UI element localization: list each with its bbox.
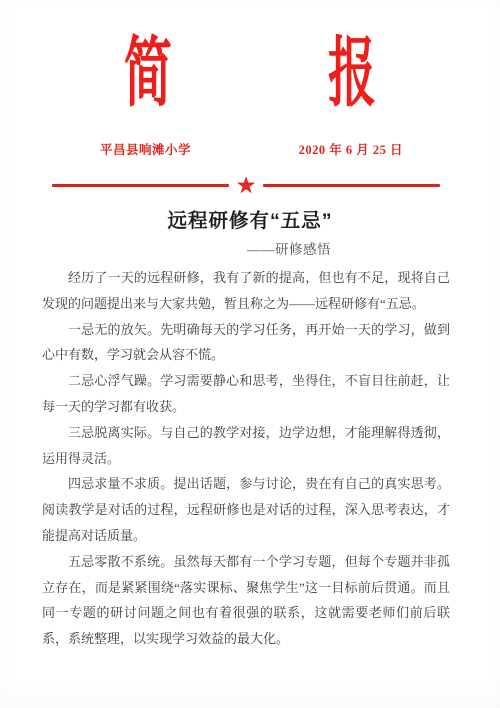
paragraph: 四忌求量不求质。提出话题，参与讨论，贵在有自己的真实思考。阅读教学是对话的过程，… <box>42 471 450 548</box>
article-title: 远程研修有“五忌” <box>0 205 500 233</box>
divider-line-right <box>263 184 440 187</box>
masthead-char-jian: 简 <box>124 36 172 112</box>
article-subtitle: ——研修感悟 <box>39 238 500 258</box>
bulletin-page: 简 报 平昌县响滩小学 2020 年 6 月 25 日 ★ 远程研修有“五忌” … <box>0 0 500 708</box>
masthead-info-row: 平昌县响滩小学 2020 年 6 月 25 日 <box>0 140 500 158</box>
paragraph: 五忌零散不系统。虽然每天都有一个学习专题，但每个专题并非孤立存在，而是紧紧围绕“… <box>42 549 450 652</box>
star-divider: ★ <box>52 174 440 197</box>
school-name: 平昌县响滩小学 <box>100 140 191 158</box>
masthead-char-bao: 报 <box>328 36 376 112</box>
paragraph: 一忌无的放矢。先明确每天的学习任务，再开始一天的学习，做到心中有数，学习就会从容… <box>42 317 450 369</box>
star-icon: ★ <box>236 174 257 197</box>
divider-line-left <box>52 184 229 187</box>
article-body: 经历了一天的远程研修，我有了新的提高，但也有不足，现将自己发现的问题提出来与大家… <box>0 265 500 652</box>
issue-date: 2020 年 6 月 25 日 <box>299 140 403 158</box>
paragraph: 三忌脱离实际。与自己的教学对接，边学边想，才能理解得透彻，运用得灵活。 <box>42 420 450 472</box>
paragraph: 经历了一天的远程研修，我有了新的提高，但也有不足，现将自己发现的问题提出来与大家… <box>42 265 450 317</box>
masthead: 简 报 <box>0 0 500 112</box>
paragraph: 二忌心浮气躁。学习需要静心和思考，坐得住，不盲目往前赶，让每一天的学习都有收获。 <box>42 368 450 420</box>
